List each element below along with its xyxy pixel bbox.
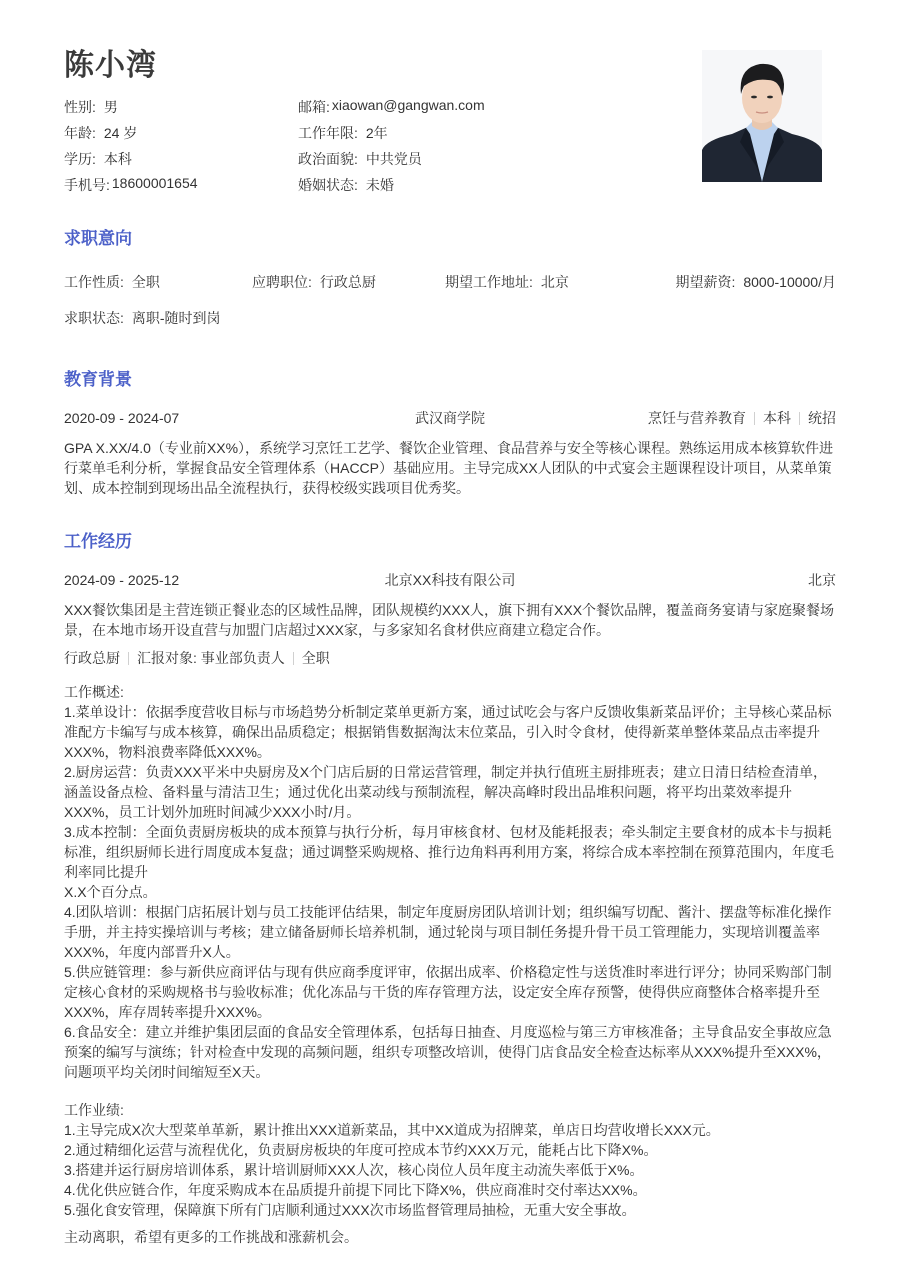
overview-line: 手册，并主持实操培训与考核；建立储备厨师长培养机制，通过轮岗与项目制任务提升骨干… bbox=[64, 922, 836, 942]
education-period: 2020-09 - 2024-07 bbox=[64, 410, 179, 426]
achievement-line: 2.通过精细化运营与流程优化，负责厨房板块的年度可控成本节约XXX万元，能耗占比… bbox=[64, 1140, 836, 1160]
marital-status-value: 未婚 bbox=[366, 175, 394, 195]
employment-type: 全职 bbox=[302, 648, 330, 668]
overview-line: 利率同比提升 bbox=[64, 862, 836, 882]
salary-value: 8000-10000/月 bbox=[743, 272, 836, 292]
work-overview: 工作概述: 1.菜单设计：依据季度营收目标与市场趋势分析制定菜单更新方案，通过试… bbox=[64, 682, 836, 1082]
report-to: 汇报对象: 事业部负责人 bbox=[137, 648, 285, 668]
position-label: 应聘职位: bbox=[252, 272, 312, 292]
location-field: 期望工作地址: 北京 bbox=[445, 272, 660, 292]
overview-line: 2.厨房运营：负责XXX平米中央厨房及X个门店后厨的日常运营管理，制定并执行值班… bbox=[64, 762, 836, 782]
overview-line: 4.团队培训：根据门店拓展计划与员工技能评估结果，制定年度厨房团队培训计划；组织… bbox=[64, 902, 836, 922]
achievement-line: 5.强化食安管理，保障旗下所有门店顺利通过XXX次市场监督管理局抽检，无重大安全… bbox=[64, 1200, 836, 1220]
major: 烹饪与营养教育 bbox=[648, 408, 746, 428]
job-title: 行政总厨 bbox=[64, 648, 120, 668]
degree: 本科 bbox=[763, 408, 791, 428]
location-value: 北京 bbox=[541, 272, 569, 292]
work-years-value: 2年 bbox=[366, 123, 388, 143]
portrait-icon bbox=[702, 50, 822, 182]
location-label: 期望工作地址: bbox=[445, 272, 533, 292]
phone-value: 18600001654 bbox=[112, 175, 198, 195]
overview-line: X.X个百分点。 bbox=[64, 882, 836, 902]
salary-field: 期望薪资: 8000-10000/月 bbox=[675, 272, 836, 292]
basic-info-row: 手机号: 18600001654 婚姻状态: 未婚 bbox=[64, 172, 684, 198]
overview-line: 6.食品安全：建立并维护集团层面的食品安全管理体系，包括每日抽查、月度巡检与第三… bbox=[64, 1022, 836, 1042]
divider bbox=[293, 652, 294, 665]
salary-label: 期望薪资: bbox=[675, 272, 735, 292]
overview-line: 标准，组织厨师长进行周度成本复盘；通过调整采购规格、推行边角料再利用方案，将综合… bbox=[64, 842, 836, 862]
job-status-row: 求职状态: 离职-随时到岗 bbox=[64, 308, 836, 328]
age-label: 年龄: bbox=[64, 123, 96, 143]
job-type-field: 工作性质: 全职 bbox=[64, 272, 252, 292]
education-tags: 烹饪与营养教育 本科 统招 bbox=[648, 408, 836, 428]
divider bbox=[799, 412, 800, 425]
basic-info-row: 性别: 男 邮箱: xiaowan@gangwan.com bbox=[64, 94, 684, 120]
work-meta-row: 2024-09 - 2025-12 北京XX科技有限公司 北京 bbox=[64, 570, 836, 590]
education-meta-row: 2020-09 - 2024-07 武汉商学院 烹饪与营养教育 本科 统招 bbox=[64, 408, 836, 428]
overview-line: 定核心食材的采购规格书与验收标准；优化冻品与干货的库存管理方法，设定安全库存预警… bbox=[64, 982, 836, 1002]
achievement-line: 3.搭建并运行厨房培训体系，累计培训厨师XXX人次，核心岗位人员年度主动流失率低… bbox=[64, 1160, 836, 1180]
leave-reason: 主动离职，希望有更多的工作挑战和涨薪机会。 bbox=[64, 1227, 836, 1247]
email-value: xiaowan@gangwan.com bbox=[332, 97, 485, 117]
position-value: 行政总厨 bbox=[320, 272, 376, 292]
section-title-work: 工作经历 bbox=[64, 527, 132, 552]
company-name: 北京XX科技有限公司 bbox=[64, 570, 836, 590]
marital-status-label: 婚姻状态: bbox=[298, 175, 358, 195]
phone-label: 手机号: bbox=[64, 175, 110, 195]
work-years-label: 工作年限: bbox=[298, 123, 358, 143]
overview-line: 预案的编写与演练；针对检查中发现的高频问题，组织专项整改培训，使得门店食品安全检… bbox=[64, 1042, 836, 1062]
basic-info-row: 学历: 本科 政治面貌: 中共党员 bbox=[64, 146, 684, 172]
overview-line: XXX%，物料浪费率降低XXX%。 bbox=[64, 742, 836, 762]
profile-photo bbox=[702, 50, 822, 182]
overview-line: 涵盖设备点检、备料量与清洁卫生；通过优化出菜动线与预制流程，解决高峰时段出品堆积… bbox=[64, 782, 836, 802]
candidate-name: 陈小湾 bbox=[64, 40, 157, 84]
overview-heading: 工作概述: bbox=[64, 682, 836, 702]
basic-info-row: 年龄: 24 岁 工作年限: 2年 bbox=[64, 120, 684, 146]
achievement-line: 1.主导完成X次大型菜单革新，累计推出XXX道新菜品，其中XX道成为招牌菜，单店… bbox=[64, 1120, 836, 1140]
work-tags: 行政总厨 汇报对象: 事业部负责人 全职 bbox=[64, 648, 330, 668]
overview-line: XXX%，库存周转率提升XXX%。 bbox=[64, 1002, 836, 1022]
job-status-label: 求职状态: bbox=[64, 308, 124, 328]
job-type-label: 工作性质: bbox=[64, 272, 124, 292]
overview-line: 1.菜单设计：依据季度营收目标与市场趋势分析制定菜单更新方案，通过试吃会与客户反… bbox=[64, 702, 836, 722]
job-intent-row: 工作性质: 全职 应聘职位: 行政总厨 期望工作地址: 北京 期望薪资: 800… bbox=[64, 272, 836, 292]
email-label: 邮箱: bbox=[298, 97, 330, 117]
work-location: 北京 bbox=[808, 570, 836, 590]
enrollment-type: 统招 bbox=[808, 408, 836, 428]
achievement-line: 4.优化供应链合作，年度采购成本在品质提升前提下同比下降X%，供应商准时交付率达… bbox=[64, 1180, 836, 1200]
overview-line: 准配方卡编写与成本核算，确保出品质稳定；根据销售数据淘汰末位菜品，引入时令食材，… bbox=[64, 722, 836, 742]
job-status-value: 离职-随时到岗 bbox=[132, 308, 221, 328]
section-title-education: 教育背景 bbox=[64, 365, 132, 390]
position-field: 应聘职位: 行政总厨 bbox=[252, 272, 445, 292]
overview-line: 5.供应链管理：参与新供应商评估与现有供应商季度评审，依据出成率、价格稳定性与送… bbox=[64, 962, 836, 982]
overview-line: 问题项平均关闭时间缩短至X天。 bbox=[64, 1062, 836, 1082]
work-period: 2024-09 - 2025-12 bbox=[64, 572, 179, 588]
work-achievements: 工作业绩: 1.主导完成X次大型菜单革新，累计推出XXX道新菜品，其中XX道成为… bbox=[64, 1100, 836, 1220]
job-type-value: 全职 bbox=[132, 272, 160, 292]
education-description: GPA X.XX/4.0（专业前XX%），系统学习烹饪工艺学、餐饮企业管理、食品… bbox=[64, 438, 836, 498]
company-description: XXX餐饮集团是主营连锁正餐业态的区域性品牌，团队规模约XXX人，旗下拥有XXX… bbox=[64, 600, 836, 640]
overview-line: 3.成本控制：全面负责厨房板块的成本预算与执行分析，每月审核食材、包材及能耗报表… bbox=[64, 822, 836, 842]
gender-value: 男 bbox=[104, 97, 118, 117]
divider bbox=[754, 412, 755, 425]
basic-info: 性别: 男 邮箱: xiaowan@gangwan.com 年龄: 24 岁 工… bbox=[64, 94, 684, 198]
overview-line: XXX%，员工计划外加班时间减少XXX小时/月。 bbox=[64, 802, 836, 822]
divider bbox=[128, 652, 129, 665]
political-status-label: 政治面貌: bbox=[298, 149, 358, 169]
political-status-value: 中共党员 bbox=[366, 149, 422, 169]
section-title-job-intent: 求职意向 bbox=[64, 224, 132, 249]
overview-line: XXX%，年度内部晋升X人。 bbox=[64, 942, 836, 962]
education-level-value: 本科 bbox=[104, 149, 132, 169]
gender-label: 性别: bbox=[64, 97, 96, 117]
age-value: 24 岁 bbox=[104, 123, 137, 143]
education-level-label: 学历: bbox=[64, 149, 96, 169]
job-status-field: 求职状态: 离职-随时到岗 bbox=[64, 308, 221, 328]
achievements-heading: 工作业绩: bbox=[64, 1100, 836, 1120]
